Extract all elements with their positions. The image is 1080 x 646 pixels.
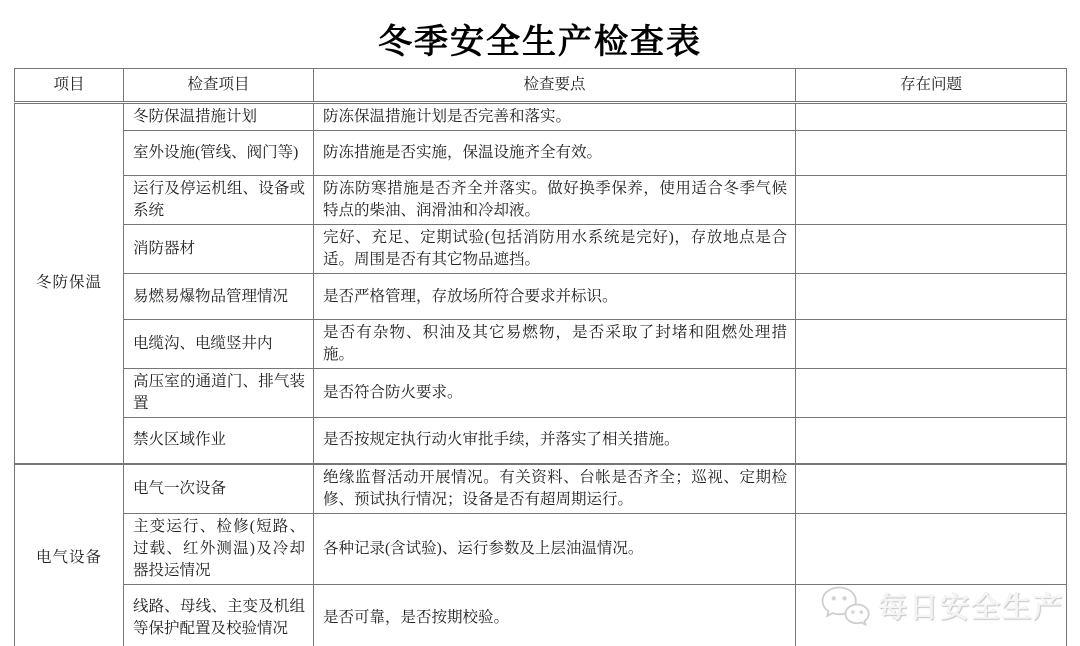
item-cell: 电气一次设备 [124,464,314,514]
page: { "title": "冬季安全生产检查表", "colors": { "bor… [0,0,1080,646]
table-row: 室外设施(管线、阀门等) 防冻措施是否实施，保温设施齐全有效。 [15,131,1067,176]
points-cell: 是否按规定执行动火审批手续，并落实了相关措施。 [314,418,796,464]
points-cell: 防冻防寒措施是否齐全并落实。做好换季保养，使用适合冬季气候特点的柴油、润滑油和冷… [314,176,796,225]
table-row: 高压室的通道门、排气装置 是否符合防火要求。 [15,369,1067,418]
table-row: 运行及停运机组、设备或系统 防冻防寒措施是否齐全并落实。做好换季保养，使用适合冬… [15,176,1067,225]
page-title: 冬季安全生产检查表 [0,14,1080,63]
item-cell: 电缆沟、电缆竖井内 [124,320,314,369]
group-cell-electrical-equipment: 电气设备 [15,464,124,646]
points-cell: 防冻措施是否实施，保温设施齐全有效。 [314,131,796,176]
problem-cell [796,225,1067,274]
problem-cell [796,320,1067,369]
points-cell: 是否可靠，是否按期校验。 [314,585,796,646]
problem-cell [796,274,1067,320]
points-cell: 各种记录(含试验)、运行参数及上层油温情况。 [314,514,796,585]
problem-cell [796,103,1067,131]
column-header-check-points: 检查要点 [314,69,796,103]
column-header-check-item: 检查项目 [124,69,314,103]
item-cell: 主变运行、检修(短路、过载、红外测温)及冷却器投运情况 [124,514,314,585]
problem-cell [796,176,1067,225]
item-cell: 运行及停运机组、设备或系统 [124,176,314,225]
item-cell: 易燃易爆物品管理情况 [124,274,314,320]
points-cell: 是否有杂物、积油及其它易燃物，是否采取了封堵和阻燃处理措施。 [314,320,796,369]
item-cell: 禁火区域作业 [124,418,314,464]
points-cell: 完好、充足、定期试验(包括消防用水系统是完好)，存放地点是合适。周围是否有其它物… [314,225,796,274]
points-cell: 防冻保温措施计划是否完善和落实。 [314,103,796,131]
item-cell: 线路、母线、主变及机组等保护配置及校验情况 [124,585,314,646]
points-cell: 是否符合防火要求。 [314,369,796,418]
item-cell: 高压室的通道门、排气装置 [124,369,314,418]
problem-cell [796,514,1067,585]
item-cell: 室外设施(管线、阀门等) [124,131,314,176]
problem-cell [796,464,1067,514]
points-cell: 绝缘监督活动开展情况。有关资料、台帐是否齐全；巡视、定期检修、预试执行情况；设备… [314,464,796,514]
item-cell: 消防器材 [124,225,314,274]
inspection-table: 项目 检查项目 检查要点 存在问题 冬防保温 冬防保温措施计划 防冻保温措施计划… [14,68,1067,646]
column-header-problems: 存在问题 [796,69,1067,103]
problem-cell [796,369,1067,418]
header-row: 项目 检查项目 检查要点 存在问题 [15,69,1067,103]
item-cell: 冬防保温措施计划 [124,103,314,131]
table-row: 电气设备 电气一次设备 绝缘监督活动开展情况。有关资料、台帐是否齐全；巡视、定期… [15,464,1067,514]
problem-cell [796,131,1067,176]
table-row: 冬防保温 冬防保温措施计划 防冻保温措施计划是否完善和落实。 [15,103,1067,131]
table-row: 线路、母线、主变及机组等保护配置及校验情况 是否可靠，是否按期校验。 [15,585,1067,646]
points-cell: 是否严格管理，存放场所符合要求并标识。 [314,274,796,320]
group-cell-winter-insulation: 冬防保温 [15,103,124,464]
problem-cell [796,585,1067,646]
table-row: 禁火区域作业 是否按规定执行动火审批手续，并落实了相关措施。 [15,418,1067,464]
column-header-project: 项目 [15,69,124,103]
table-row: 消防器材 完好、充足、定期试验(包括消防用水系统是完好)，存放地点是合适。周围是… [15,225,1067,274]
table-row: 主变运行、检修(短路、过载、红外测温)及冷却器投运情况 各种记录(含试验)、运行… [15,514,1067,585]
problem-cell [796,418,1067,464]
table-row: 易燃易爆物品管理情况 是否严格管理，存放场所符合要求并标识。 [15,274,1067,320]
table-row: 电缆沟、电缆竖井内 是否有杂物、积油及其它易燃物，是否采取了封堵和阻燃处理措施。 [15,320,1067,369]
